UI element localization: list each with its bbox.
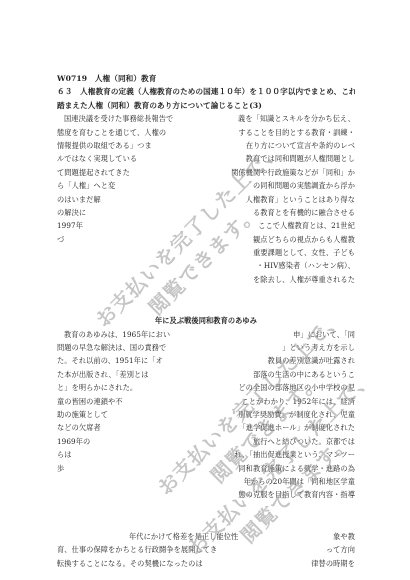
text-line: 態度を育むことを通じて、人権のすることを目的とする教育・訓練・ xyxy=(57,126,355,139)
text-line: 情報提供の取組である」つま在り方について宣言や条約のレベ xyxy=(57,139,355,152)
text-line-right: することを目的とする教育・訓練・ xyxy=(238,126,355,139)
text-line-left: 転換することになる。その契機になったのは xyxy=(57,557,203,570)
text-line-left: などの欠席者 xyxy=(57,421,101,434)
text-line: などの欠席者「進学促進ホール」が制度化された xyxy=(57,421,355,434)
text-line: 年からの20年間は「同和地区学童 xyxy=(57,475,355,488)
text-line: た本が出版され、「差別とは部落の生活の中にあるというこ xyxy=(57,368,355,381)
text-line-left: た。それ以前の、1951年に「オ xyxy=(57,354,163,367)
text-line: 童の皆困の連鎖や不ことがわかり、1952年には、経済 xyxy=(57,395,355,408)
text-line-left: の解決に xyxy=(57,206,86,219)
text-line-left: て問題提起されてきた xyxy=(57,166,130,179)
text-line-right: れ、「抽出促進授業という、マンツー xyxy=(234,448,355,461)
text-line: を除去し、人権が尊重されるた xyxy=(57,273,355,286)
question-line-2: 踏まえた人権（同和）教育のあり方について論じること(3) xyxy=(57,99,355,112)
text-line-right: 」という考え方を示し xyxy=(282,341,355,354)
text-line: と」を明らかにされた。どの全国の部落地区の小中学校の児 xyxy=(57,381,355,394)
text-line-right: ・HIV感染者（ハンセン病）、 xyxy=(257,259,355,272)
text-line: 1969年の旅行へと結びついた。京都では xyxy=(57,435,355,448)
text-line-right: ここで人権教育とは、21世紀 xyxy=(258,219,355,232)
text-line: 育、仕事の保障をかちとる行政闘争を展開してきって方向 xyxy=(57,543,355,556)
text-line: 問題の早急な解決は、国の責務で」という考え方を示し xyxy=(57,341,355,354)
text-line-left: 態度を育むことを通じて、人権の xyxy=(57,126,166,139)
text-line-right: 教員の差別意識が吐露され xyxy=(268,354,355,367)
text-line-right: 部落の生活の中にあるというこ xyxy=(253,368,355,381)
text-line-right: どの全国の部落地区の小中学校の児 xyxy=(238,381,355,394)
text-line-left: 童の皆困の連鎖や不 xyxy=(57,395,123,408)
text-line-right: 象や教 xyxy=(333,530,355,543)
text-line: らはれ、「抽出促進授業という、マンツー xyxy=(57,448,355,461)
text-line: 転換することになる。その契機になったのは律替の時期を xyxy=(57,557,355,570)
text-line: 態の克服を目指して教育内容・指導 xyxy=(57,488,355,501)
document-body: W0719 人権（同和）教育 ６３ 人権教育の定義（人権教育のための国連１０年）… xyxy=(57,72,355,570)
text-line-right: 態の克服を目指して教育内容・指導 xyxy=(238,488,355,501)
text-line-left: 国連決議を受けた事務総長報告で xyxy=(64,112,173,125)
text-line: 重要課題として、女性、子ども xyxy=(57,246,355,259)
text-line-right: 別就学奨励費」が制度化され、児童 xyxy=(238,408,355,421)
text-line-right: 律替の時期を xyxy=(311,557,355,570)
text-line-left: らは xyxy=(57,448,72,461)
text-line-left: 問題の早急な解決は、国の責務で xyxy=(57,341,166,354)
text-line-right: を除去し、人権が尊重されるた xyxy=(253,273,355,286)
text-line: た。それ以前の、1951年に「オ教員の差別意識が吐露され xyxy=(57,354,355,367)
text-line-right: ことがわかり、1952年には、経済 xyxy=(242,395,355,408)
text-line: て問題提起されてきた関係機関や行政施策などが「同和」か xyxy=(57,166,355,179)
text-line-left: ら「人権」へと変 xyxy=(57,179,115,192)
text-line-right: 申」において、「同 xyxy=(293,328,355,341)
text-line-left: のはいまだ解 xyxy=(57,193,101,206)
text-line-left: ルではなく実現している xyxy=(57,152,137,165)
text-line: ・HIV感染者（ハンセン病）、 xyxy=(57,259,355,272)
text-line-right: 重要課題として、女性、子ども xyxy=(253,246,355,259)
text-line: 国連決議を受けた事務総長報告で義を「知識とスキルを分かち伝え、 xyxy=(57,112,355,125)
document-code-title: W0719 人権（同和）教育 xyxy=(57,72,355,85)
text-line-right: る教育とを有機的に融合させる xyxy=(253,206,355,219)
section-2-heading: 年に及ぶ戦後同和教育のあゆみ xyxy=(57,314,355,327)
text-line-right: って方向 xyxy=(326,543,355,556)
text-line-left: づ xyxy=(57,233,64,246)
text-line: ら「人権」へと変の同和問題の実態調査から浮か xyxy=(57,179,355,192)
text-line: ルではなく実現している教育では同和問題が人権問題とし xyxy=(57,152,355,165)
text-line-left: 助の施策として xyxy=(57,408,108,421)
text-line: 教育のあゆみは、1965年におい申」において、「同 xyxy=(57,328,355,341)
text-line-right: 人権教育」ということはあり得な xyxy=(246,193,355,206)
text-line: のはいまだ解人権教育」ということはあり得な xyxy=(57,193,355,206)
text-line: 年代にかけて格差を是正し能位性象や教 xyxy=(57,530,355,543)
document-page: W0719 人権（同和）教育 ６３ 人権教育の定義（人権教育のための国連１０年）… xyxy=(0,0,410,580)
text-line-right: の同和問題の実態調査から浮か xyxy=(253,179,355,192)
section-2-heading-text: 年に及ぶ戦後同和教育のあゆみ xyxy=(155,316,257,325)
text-line-left: 1997年 xyxy=(57,219,83,232)
text-line-right: 「進学促進ホール」が制度化された xyxy=(239,421,355,434)
text-line-left: と」を明らかにされた。 xyxy=(57,381,137,394)
text-line-middle: 年代にかけて格差を是正し能位性 xyxy=(129,530,238,543)
text-line-right: 同和教育施策による就学・進路の為 xyxy=(238,462,355,475)
text-line-right: 教育では同和問題が人権問題とし xyxy=(246,152,355,165)
text-line-left: 情報提供の取組である」つま xyxy=(57,139,152,152)
text-line-left: 歩 xyxy=(57,462,64,475)
text-line-right: 義を「知識とスキルを分かち伝え、 xyxy=(238,112,355,125)
text-line: 1997年ここで人権教育とは、21世紀 xyxy=(57,219,355,232)
section-3-paragraph: 年代にかけて格差を是正し能位性象や教育、仕事の保障をかちとる行政闘争を展開してき… xyxy=(57,530,355,570)
text-line-right: 関係機関や行政施策などが「同和」か xyxy=(231,166,355,179)
text-line-right: 旅行へと結びついた。京都では xyxy=(253,435,355,448)
text-line-right: 年からの20年間は「同和地区学童 xyxy=(244,475,355,488)
text-line-left: 育、仕事の保障をかちとる行政闘争を展開してき xyxy=(57,543,217,556)
text-line-left: 教育のあゆみは、1965年におい xyxy=(64,328,170,341)
text-line: 歩同和教育施策による就学・進路の為 xyxy=(57,462,355,475)
text-line-right: 観点どちらの視点からも人権教 xyxy=(253,233,355,246)
text-line-right: 在り方について宣言や条約のレベ xyxy=(246,139,355,152)
text-line-left: た本が出版され、「差別とは xyxy=(57,368,149,381)
text-line-left: 1969年の xyxy=(57,435,90,448)
section-2-paragraph: 教育のあゆみは、1965年におい申」において、「同問題の早急な解決は、国の責務で… xyxy=(57,328,355,502)
text-line: の解決にる教育とを有機的に融合させる xyxy=(57,206,355,219)
text-line: 助の施策として別就学奨励費」が制度化され、児童 xyxy=(57,408,355,421)
section-1-paragraph: 国連決議を受けた事務総長報告で義を「知識とスキルを分かち伝え、態度を育むことを通… xyxy=(57,112,355,286)
question-line-1: ６３ 人権教育の定義（人権教育のための国連１０年）を１００字以内でまとめ、これを xyxy=(57,85,355,98)
text-line: づ観点どちらの視点からも人権教 xyxy=(57,233,355,246)
